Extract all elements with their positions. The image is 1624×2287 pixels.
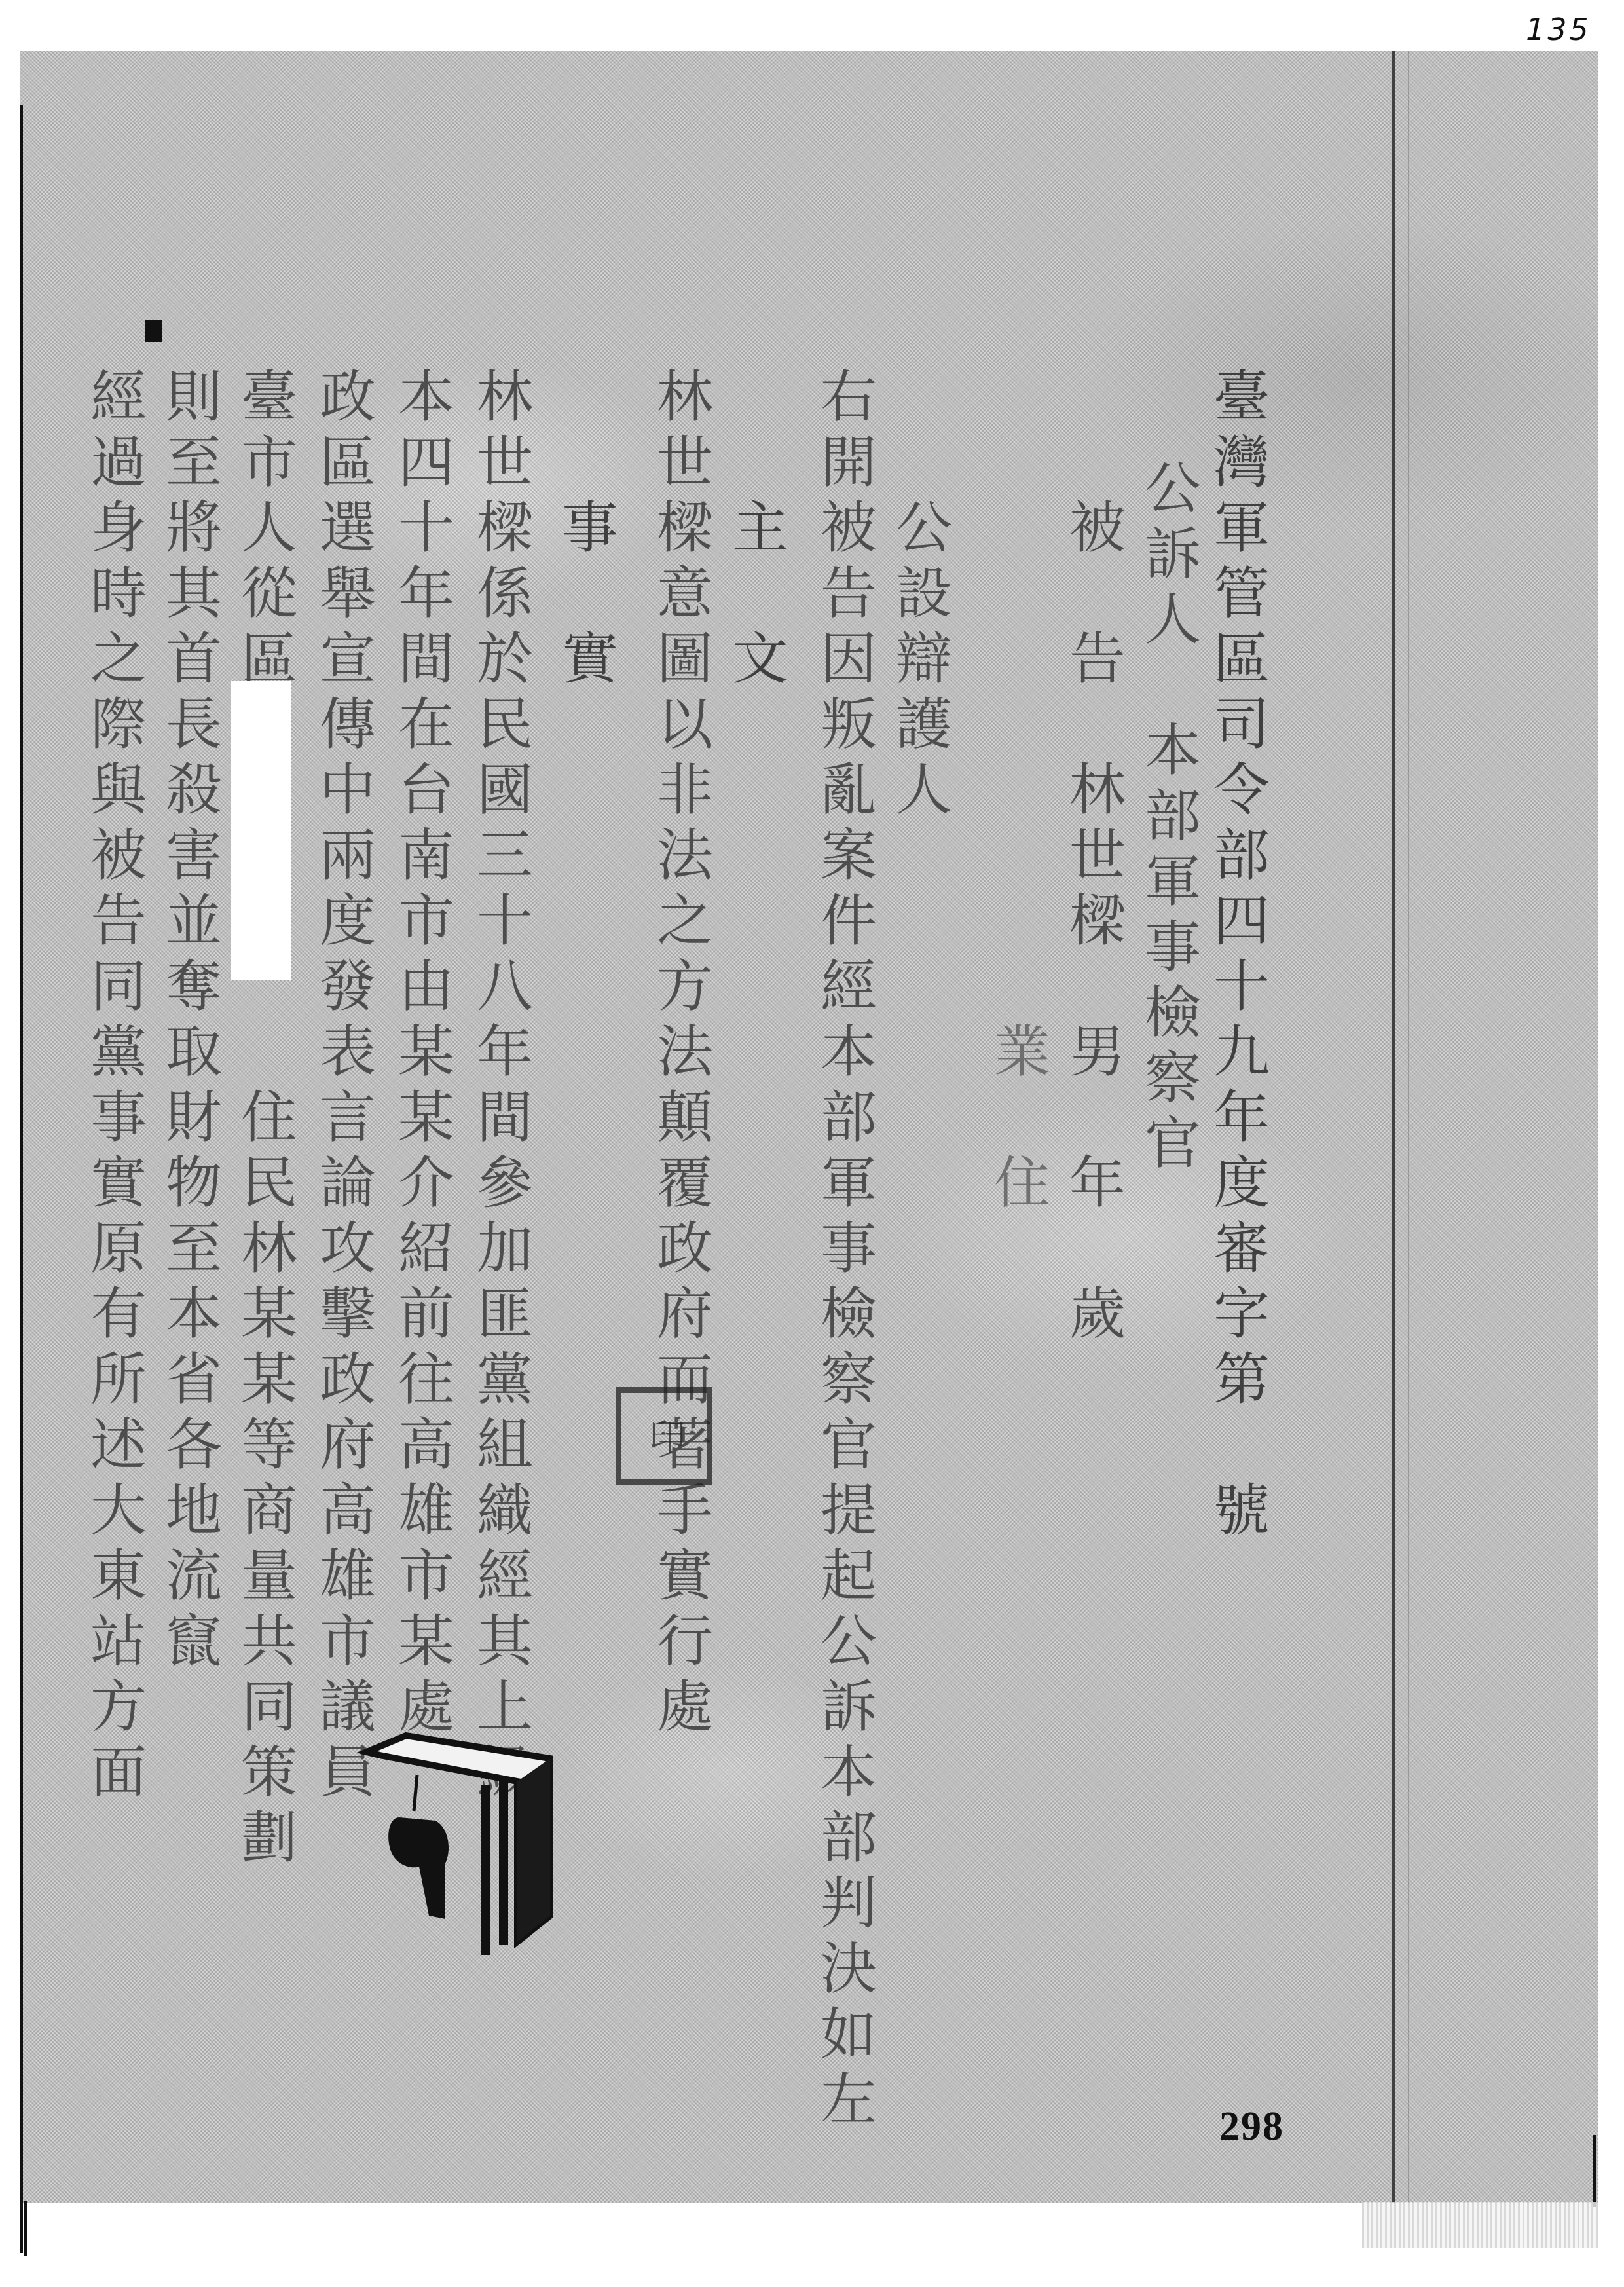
heading-facts: 事 實 (557, 498, 613, 694)
public-defender-line: 公設辯護人 (891, 498, 947, 1087)
facts-line-6: 經過身時之際與被告同黨事實原有所述大東站方面 (85, 367, 141, 1808)
prosecutor-line: 公訴人 本部軍事檢察官 (1139, 458, 1196, 1179)
scan-edge-bottom-right (1362, 2202, 1598, 2248)
facts-line-5: 則至將其首長殺害並奪取財物至本省各地流竄 (160, 367, 217, 1677)
margin-rule-thin (1408, 51, 1409, 2203)
case-title: 臺灣軍管區司令部四十九年度審字第 號 (1208, 367, 1264, 1546)
page-edge-right-bottom (1593, 2135, 1596, 2207)
facts-line-2: 本四十年間在台南市由某某介紹前往高雄市某處 (393, 367, 449, 1742)
page-number: 298 (1219, 2104, 1284, 2150)
heading-main-text: 主 文 (727, 498, 783, 694)
facts-line-3: 政區選舉宣傳中兩度發表言論攻擊政府高雄市議員 (314, 367, 371, 1808)
folio-number: 135 (1526, 12, 1591, 47)
margin-rule (1392, 51, 1395, 2203)
page-edge-left (20, 105, 23, 2253)
facts-line-1: 林世樑係於民國三十八年間參加匪黨組織經其上級 (471, 367, 528, 1808)
main-text: 林世樑意圖以非法之方法顛覆政府而著手實行處 (652, 367, 708, 1742)
case-statement: 右開被告因叛亂案件經本部軍事檢察官提起公訴本部判決如左 (815, 367, 872, 2135)
defendant-detail-line: 業 住 (989, 498, 1045, 1218)
page-edge-left-bottom (24, 2201, 27, 2256)
book-keyhole-icon (354, 1719, 570, 1975)
official-seal: 印 (616, 1387, 712, 1485)
redaction-box (231, 681, 291, 980)
facts-line-4: 臺市人從區 住民林某某等商量共同策劃 (236, 367, 292, 1873)
corner-mark (145, 320, 162, 342)
defendant-line: 被 告 林世樑 男 年 歲 (1064, 498, 1120, 1349)
